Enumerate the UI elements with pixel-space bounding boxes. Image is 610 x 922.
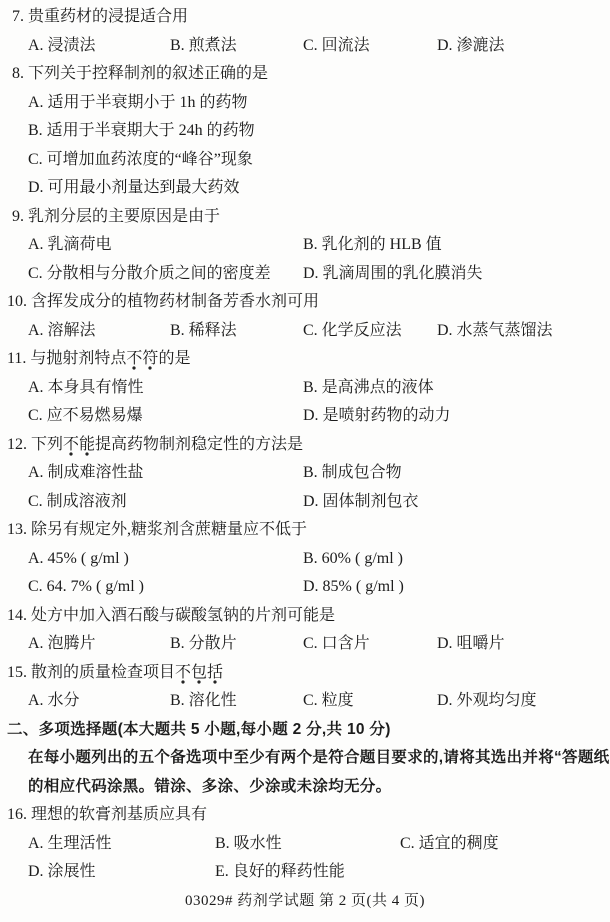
options-row: A. 本身具有惰性B. 是高沸点的液体 — [0, 374, 610, 403]
option-item: D. 可用最小剂量达到最大药效 — [28, 174, 240, 203]
emphasized-text: 不符 — [126, 350, 158, 371]
option-item: B. 制成包合物 — [303, 459, 402, 488]
text-segment: 的相应代码涂黑。错涂、多涂、少涂或未涂均无分。 — [28, 778, 391, 795]
option-item: B. 稀释法 — [170, 317, 237, 346]
options-row: A. 泡腾片B. 分散片C. 口含片D. 咀嚼片 — [0, 630, 610, 659]
question-line: 9. 乳剂分层的主要原因是由于 — [0, 203, 610, 232]
options-row: A. 乳滴荷电B. 乳化剂的 HLB 值 — [0, 231, 610, 260]
question-line: 11. 与抛射剂特点不符的是 — [0, 345, 610, 374]
option-item: A. 适用于半衰期小于 1h 的药物 — [28, 89, 248, 118]
options-row: C. 分散相与分散介质之间的密度差D. 乳滴周围的乳化膜消失 — [0, 260, 610, 289]
text-segment: 15. 散剂的质量检查项目 — [7, 664, 175, 681]
option-item: C. 适宜的稠度 — [400, 830, 499, 859]
text-segment: 8. 下列关于控释制剂的叙述正确的是 — [12, 65, 268, 82]
options-row: A. 适用于半衰期小于 1h 的药物 — [0, 89, 610, 118]
option-item: C. 粒度 — [303, 687, 354, 716]
text-segment: 16. 理想的软膏剂基质应具有 — [7, 806, 207, 823]
options-row: C. 应不易燃易爆D. 是喷射药物的动力 — [0, 402, 610, 431]
question-line: 15. 散剂的质量检查项目不包括 — [0, 659, 610, 688]
text-segment: 的是 — [158, 350, 190, 367]
option-item: C. 化学反应法 — [303, 317, 402, 346]
options-row: C. 64. 7% ( g/ml )D. 85% ( g/ml ) — [0, 573, 610, 602]
options-row: A. 制成难溶性盐B. 制成包合物 — [0, 459, 610, 488]
option-item: A. 浸渍法 — [28, 32, 96, 61]
page-footer: 03029# 药剂学试题 第 2 页(共 4 页) — [0, 887, 610, 916]
option-item: D. 乳滴周围的乳化膜消失 — [303, 260, 483, 289]
option-item: B. 溶化性 — [170, 687, 237, 716]
option-item: A. 泡腾片 — [28, 630, 96, 659]
option-item: A. 溶解法 — [28, 317, 96, 346]
question-line: 8. 下列关于控释制剂的叙述正确的是 — [0, 60, 610, 89]
option-item: C. 分散相与分散介质之间的密度差 — [28, 260, 271, 289]
option-item: A. 生理活性 — [28, 830, 112, 859]
question-line: 13. 除另有规定外,糖浆剂含蔗糖量应不低于 — [0, 516, 610, 545]
option-item: A. 45% ( g/ml ) — [28, 545, 129, 574]
text-segment: 7. 贵重药材的浸提适合用 — [12, 8, 188, 25]
text-segment: 14. 处方中加入酒石酸与碳酸氢钠的片剂可能是 — [7, 607, 335, 624]
text-segment: 9. 乳剂分层的主要原因是由于 — [12, 208, 220, 225]
text-segment: 在每小题列出的五个备选项中至少有两个是符合题目要求的,请将其选出并将“答题纸” — [28, 749, 610, 766]
option-item: D. 涂展性 — [28, 858, 96, 887]
option-item: E. 良好的释药性能 — [215, 858, 345, 887]
question-line: 10. 含挥发成分的植物药材制备芳香水剂可用 — [0, 288, 610, 317]
text-segment: 12. 下列 — [7, 436, 63, 453]
option-item: A. 乳滴荷电 — [28, 231, 112, 260]
option-item: B. 是高沸点的液体 — [303, 374, 434, 403]
text-segment: 提高药物制剂稳定性的方法是 — [95, 436, 303, 453]
option-item: C. 应不易燃易爆 — [28, 402, 143, 431]
option-item: B. 吸水性 — [215, 830, 282, 859]
options-row: A. 45% ( g/ml )B. 60% ( g/ml ) — [0, 545, 610, 574]
option-item: D. 水蒸气蒸馏法 — [437, 317, 553, 346]
options-row: A. 浸渍法B. 煎煮法C. 回流法D. 渗漉法 — [0, 32, 610, 61]
exam-content: 7. 贵重药材的浸提适合用A. 浸渍法B. 煎煮法C. 回流法D. 渗漉法8. … — [0, 0, 610, 887]
option-item: A. 水分 — [28, 687, 80, 716]
text-segment: 二、多项选择题(本大题共 5 小题,每小题 2 分,共 10 分) — [7, 721, 391, 738]
options-row: A. 生理活性B. 吸水性C. 适宜的稠度 — [0, 830, 610, 859]
options-row: A. 溶解法B. 稀释法C. 化学反应法D. 水蒸气蒸馏法 — [0, 317, 610, 346]
question-line: 16. 理想的软膏剂基质应具有 — [0, 801, 610, 830]
option-item: B. 60% ( g/ml ) — [303, 545, 403, 574]
option-item: D. 固体制剂包衣 — [303, 488, 419, 517]
options-row: C. 制成溶液剂D. 固体制剂包衣 — [0, 488, 610, 517]
option-item: D. 咀嚼片 — [437, 630, 505, 659]
emphasized-text: 不包括 — [175, 664, 223, 685]
option-item: B. 乳化剂的 HLB 值 — [303, 231, 442, 260]
option-item: A. 制成难溶性盐 — [28, 459, 144, 488]
options-row: D. 涂展性E. 良好的释药性能 — [0, 858, 610, 887]
option-item: C. 制成溶液剂 — [28, 488, 127, 517]
option-item: C. 回流法 — [303, 32, 370, 61]
emphasized-text: 不能 — [63, 436, 95, 457]
question-line: 12. 下列不能提高药物制剂稳定性的方法是 — [0, 431, 610, 460]
question-line: 7. 贵重药材的浸提适合用 — [0, 3, 610, 32]
section-heading: 二、多项选择题(本大题共 5 小题,每小题 2 分,共 10 分) — [0, 716, 610, 745]
text-segment: 10. 含挥发成分的植物药材制备芳香水剂可用 — [7, 293, 319, 310]
option-item: D. 外观均匀度 — [437, 687, 537, 716]
text-segment: 13. 除另有规定外,糖浆剂含蔗糖量应不低于 — [7, 521, 307, 538]
options-row: C. 可增加血药浓度的“峰谷”现象 — [0, 146, 610, 175]
options-row: D. 可用最小剂量达到最大药效 — [0, 174, 610, 203]
option-item: D. 渗漉法 — [437, 32, 505, 61]
exam-page: 7. 贵重药材的浸提适合用A. 浸渍法B. 煎煮法C. 回流法D. 渗漉法8. … — [0, 0, 610, 922]
option-item: C. 可增加血药浓度的“峰谷”现象 — [28, 146, 253, 175]
option-item: B. 适用于半衰期大于 24h 的药物 — [28, 117, 255, 146]
option-item: D. 85% ( g/ml ) — [303, 573, 404, 602]
option-item: A. 本身具有惰性 — [28, 374, 144, 403]
options-row: B. 适用于半衰期大于 24h 的药物 — [0, 117, 610, 146]
instruction-text: 的相应代码涂黑。错涂、多涂、少涂或未涂均无分。 — [0, 773, 610, 802]
option-item: D. 是喷射药物的动力 — [303, 402, 451, 431]
option-item: B. 煎煮法 — [170, 32, 237, 61]
option-item: C. 64. 7% ( g/ml ) — [28, 573, 144, 602]
instruction-text: 在每小题列出的五个备选项中至少有两个是符合题目要求的,请将其选出并将“答题纸” — [0, 744, 610, 773]
option-item: C. 口含片 — [303, 630, 370, 659]
option-item: B. 分散片 — [170, 630, 237, 659]
text-segment: 11. 与抛射剂特点 — [7, 350, 126, 367]
options-row: A. 水分B. 溶化性C. 粒度D. 外观均匀度 — [0, 687, 610, 716]
question-line: 14. 处方中加入酒石酸与碳酸氢钠的片剂可能是 — [0, 602, 610, 631]
